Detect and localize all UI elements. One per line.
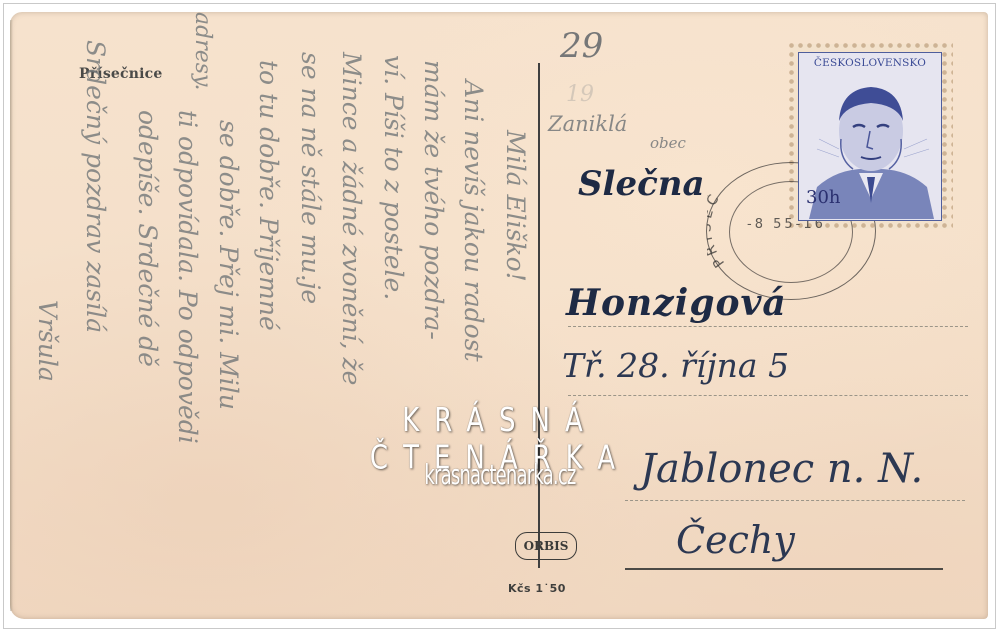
address-line-rule [568, 395, 968, 396]
message-column: odepíše. Srdečné dě [133, 110, 162, 367]
postcard-divider [538, 63, 540, 568]
message-column: to tu dobře. Příjemné [254, 60, 283, 331]
stamp-country: ČESKOSLOVENSKO [799, 57, 941, 69]
address-line1: Slečna [578, 164, 705, 204]
address-line-rule [625, 500, 965, 501]
postage-stamp: ČESKOSLOVENSKO 30h [790, 44, 950, 229]
message-column: Srdečný pozdrav zasílá [81, 40, 110, 333]
corner-note: adresy. [190, 12, 215, 91]
printed-price: Kčs 1˙50 [508, 582, 566, 595]
address-line-rule [568, 326, 968, 327]
stamp-face: ČESKOSLOVENSKO 30h [798, 52, 942, 221]
address-line-rule [625, 568, 943, 570]
annotation-note-line1: Zaniklá [548, 112, 627, 136]
message-column: Ani nevíš jakou radost [459, 80, 488, 362]
message-column: Milá Eliško! [501, 130, 530, 282]
svg-text:PŘÍSEČ: PŘÍSEČ [707, 188, 728, 270]
stamp-value: 30h [806, 187, 841, 208]
message-column: Vršula [33, 300, 62, 382]
annotation-number: 29 [560, 26, 603, 66]
address-line3: Tř. 28. října 5 [562, 346, 789, 385]
address-line2: Honzigová [566, 282, 787, 324]
card-edge-shadow [10, 20, 13, 611]
address-line5: Čechy [676, 518, 795, 562]
watermark-url: krasnactenarka.cz [414, 460, 586, 491]
publisher-logo: ORBIS [515, 532, 577, 560]
message-column: se dobře. Přej mi. Milu [214, 120, 243, 410]
message-column: Mince a žádné zvonění, že [337, 52, 366, 385]
message-column: ví. Píši to z postele. [379, 55, 408, 300]
annotation-number-faint: 19 [566, 82, 594, 107]
annotation-note-line2: obec [650, 134, 686, 152]
message-column: ti odpovídala. Po odpovědi [173, 110, 202, 444]
message-column: mám že tvého pozdra- [419, 60, 448, 340]
message-column: se na ně stále mu.je [296, 52, 325, 304]
